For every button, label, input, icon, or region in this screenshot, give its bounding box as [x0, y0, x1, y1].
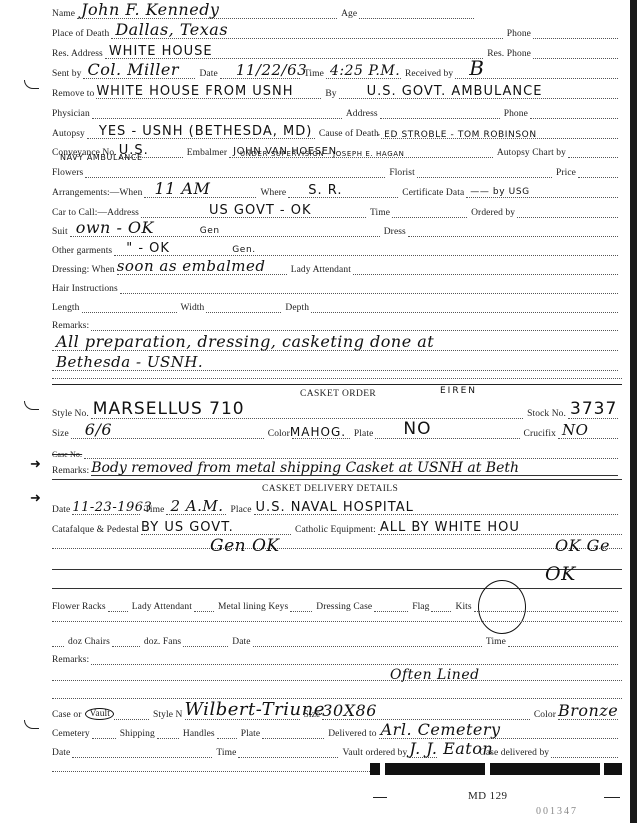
- label-style-no: Style No.: [52, 409, 91, 419]
- field-sent-by: Col. Miller: [83, 66, 195, 79]
- value-catafalque: BY US GOVT.: [141, 521, 234, 534]
- label-plate: Plate: [354, 429, 376, 439]
- field-delivery-time: 2 A.M.: [166, 502, 226, 515]
- label-casket-remarks: Remarks:: [52, 466, 91, 476]
- blank-line-5: [52, 698, 622, 699]
- label-age: Age: [341, 9, 359, 19]
- row-dressing: Dressing: When soon as embalmed Lady Att…: [52, 258, 622, 275]
- label-sent-by: Sent by: [52, 69, 83, 79]
- value-color: MAHOG.: [290, 426, 346, 438]
- value-place-of-death: Dallas, Texas: [115, 22, 228, 38]
- field-hair-instructions: [120, 281, 618, 294]
- row-cemetery: Cemetery Shipping Handles Plate Delivere…: [52, 722, 622, 739]
- row-arrangements: Arrangements:—When 11 AM Where S. R. Cer…: [52, 181, 622, 198]
- label-delivery-date: Date: [52, 505, 72, 515]
- field-handles: [217, 726, 237, 739]
- arrow-icon-2: ➜: [30, 490, 41, 506]
- field-phone: [533, 26, 618, 39]
- label-equipment-date: Date: [232, 637, 252, 647]
- field-vault-time: [238, 745, 338, 758]
- label-depth: Depth: [285, 303, 311, 313]
- field-name: John F. Kennedy: [77, 6, 337, 19]
- label-vault-date: Date: [52, 748, 72, 758]
- scan-edge-border: [630, 0, 637, 823]
- arrow-icon: ➜: [30, 456, 41, 472]
- value-embalmer-assistants: - ED STROBLE - TOM ROBINSON: [377, 131, 537, 140]
- row-casket-remarks: Remarks: Body removed from metal shippin…: [52, 459, 622, 476]
- casket-order-title: CASKET ORDER: [300, 389, 376, 399]
- field-catafalque: BY US GOVT.: [141, 522, 291, 535]
- field-suit: own - OK Gen: [70, 224, 380, 237]
- field-remove-to: WHITE HOUSE FROM USNH: [96, 86, 321, 99]
- label-shipping: Shipping: [120, 729, 157, 739]
- label-autopsy-chart-by: Autopsy Chart by: [497, 148, 568, 158]
- label-lady-attendant-2: Lady Attendant: [132, 602, 194, 612]
- label-vault-circled: Vault: [85, 708, 114, 720]
- value-style-no: MARSELLUS 710: [93, 401, 245, 418]
- label-doz-fans: doz. Fans: [144, 637, 183, 647]
- field-florist: [417, 165, 552, 178]
- field-cause-of-death: - ED STROBLE - TOM ROBINSON: [381, 126, 618, 139]
- value-suit: own - OK: [76, 220, 154, 236]
- row-car-to-call: Car to Call:—Address US GOVT - OK Time O…: [52, 201, 622, 218]
- blank-line: [52, 378, 622, 379]
- row-suit: Suit own - OK Gen Dress: [52, 220, 622, 237]
- footer-dash-left: [373, 797, 387, 798]
- row-flowers: Flowers Florist Price: [52, 161, 622, 178]
- field-delivered-to: Arl. Cemetery: [379, 726, 618, 739]
- row-res-address: Res. Address WHITE HOUSE Res. Phone: [52, 42, 622, 59]
- blank-line-4: [52, 680, 622, 681]
- label-res-address: Res. Address: [52, 49, 105, 59]
- label-crucifix: Crucifix: [524, 429, 558, 439]
- row-autopsy: Autopsy YES - USNH (BETHESDA, MD) Cause …: [52, 122, 622, 139]
- label-length: Length: [52, 303, 82, 313]
- field-time: 4:25 P.M.: [326, 66, 401, 79]
- row-remarks-line-1: All preparation, dressing, casketing don…: [52, 334, 622, 351]
- flag-circle-mark: [478, 580, 526, 634]
- label-hair-instructions: Hair Instructions: [52, 284, 120, 294]
- value-delivery-place: U.S. NAVAL HOSPITAL: [256, 501, 414, 514]
- form-id: MD 129: [468, 790, 507, 802]
- section-line-3: [52, 569, 622, 570]
- label-name: Name: [52, 9, 77, 19]
- margin-tick-mark-2: [24, 401, 39, 410]
- field-age: [359, 6, 474, 19]
- field-ordered-by: [517, 205, 618, 218]
- field-autopsy-chart-by: [568, 145, 618, 158]
- field-vault-date: [72, 745, 212, 758]
- field-autopsy: YES - USNH (BETHESDA, MD): [87, 126, 315, 139]
- stamp-number: 001347: [536, 806, 578, 817]
- label-equipment-remarks: Remarks:: [52, 655, 91, 665]
- field-flag: [431, 599, 451, 612]
- label-phone-2: Phone: [504, 109, 530, 119]
- field-length: [82, 300, 177, 313]
- section-divider: [52, 384, 622, 385]
- row-name: Name John F. Kennedy Age: [52, 2, 622, 19]
- label-case-no: Case No.: [52, 450, 84, 459]
- casket-delivery-title: CASKET DELIVERY DETAILS: [262, 484, 398, 494]
- row-other-garments: Other garments " - OK Gen.: [52, 239, 622, 256]
- value-by: U.S. GOVT. AMBULANCE: [367, 85, 543, 98]
- row-place-of-death: Place of Death Dallas, Texas Phone: [52, 22, 622, 39]
- value-res-address: WHITE HOUSE: [109, 45, 213, 58]
- row-remove-to: Remove to WHITE HOUSE FROM USNH By U.S. …: [52, 82, 622, 99]
- field-cemetery: [92, 726, 116, 739]
- field-doz-chairs: [112, 634, 140, 647]
- value-other-garments-note: Gen.: [232, 246, 255, 255]
- label-catafalque: Catafalque & Pedestal: [52, 525, 141, 535]
- label-case-or: Case or: [52, 710, 83, 720]
- field-time-2: [392, 205, 467, 218]
- value-certificate-data: —— by USG: [470, 188, 529, 197]
- field-by: U.S. GOVT. AMBULANCE: [339, 86, 618, 99]
- label-address: Address: [346, 109, 380, 119]
- value-vault-ordered-by: J. J. Eaton: [409, 741, 493, 757]
- value-vault-color: Bronze: [558, 703, 618, 719]
- label-florist: Florist: [389, 168, 417, 178]
- label-vault-time: Time: [216, 748, 238, 758]
- value-vault-style: Wilbert-Triune: [185, 701, 325, 719]
- field-place-of-death: Dallas, Texas: [111, 26, 502, 39]
- redaction-bar: [370, 763, 380, 775]
- row-equipment: Flower Racks Lady Attendant Metal lining…: [52, 595, 622, 612]
- label-flower-racks: Flower Racks: [52, 602, 108, 612]
- row-size: Size 6/6 Color MAHOG. Plate NO Crucifix …: [52, 422, 622, 439]
- label-catholic-equipment: Catholic Equipment:: [295, 525, 378, 535]
- field-remarks: [91, 318, 618, 331]
- field-width: [206, 300, 281, 313]
- funeral-record-form: Name John F. Kennedy Age Place of Death …: [0, 0, 630, 823]
- label-dressing-when: Dressing: When: [52, 265, 117, 275]
- row-physician: Physician Address Phone: [52, 102, 622, 119]
- field-shipping: [157, 726, 179, 739]
- label-vault-color: Color: [534, 710, 558, 720]
- field-physician: [92, 106, 342, 119]
- field-vault-plate: [262, 726, 324, 739]
- field-equipment-remarks: [91, 652, 618, 665]
- label-res-phone: Res. Phone: [487, 49, 533, 59]
- field-other-garments: " - OK Gen.: [114, 243, 618, 256]
- value-sent-by: Col. Miller: [87, 62, 179, 78]
- label-suit: Suit: [52, 227, 70, 237]
- label-ordered-by: Ordered by: [471, 208, 517, 218]
- field-lady-attendant: [353, 262, 618, 275]
- margin-tick-mark: [24, 80, 39, 89]
- value-car-to-call: US GOVT - OK: [209, 204, 312, 217]
- row-catafalque: Catafalque & Pedestal BY US GOVT. Cathol…: [52, 518, 622, 535]
- field-dressing-case: [374, 599, 408, 612]
- row-case-no: Case No.: [52, 442, 622, 459]
- label-size: Size: [52, 429, 71, 439]
- label-color: Color: [268, 429, 292, 439]
- row-vault-date: Date Time Vault ordered by J. J. Eaton C…: [52, 741, 622, 758]
- field-case-delivered-by: [551, 745, 618, 758]
- value-stock-no: 3737: [570, 401, 617, 418]
- field-metal-lining-keys: [290, 599, 312, 612]
- field-res-address: WHITE HOUSE: [105, 46, 483, 59]
- field-chairs-count: [52, 634, 64, 647]
- field-res-phone: [533, 46, 618, 59]
- field-style-no: MARSELLUS 710: [91, 406, 523, 419]
- value-remarks-line-2: Bethesda - USNH.: [56, 355, 203, 370]
- label-vault-style: Style N: [153, 710, 184, 720]
- label-remove-to: Remove to: [52, 89, 96, 99]
- field-delivery-date: 11-23-1963: [72, 502, 140, 515]
- label-received-by: Received by: [405, 69, 455, 79]
- value-casket-remarks: Body removed from metal shipping Casket …: [91, 461, 519, 475]
- field-address: [380, 106, 500, 119]
- blank-line-2: [52, 548, 622, 549]
- value-arrangements-when: 11 AM: [154, 181, 210, 197]
- label-autopsy: Autopsy: [52, 129, 87, 139]
- row-delivery-date: Date 11-23-1963 Time 2 A.M. Place U.S. N…: [52, 498, 622, 515]
- row-remarks: Remarks:: [52, 314, 622, 331]
- label-cemetery: Cemetery: [52, 729, 92, 739]
- label-stock-no: Stock No.: [527, 409, 568, 419]
- margin-tick-mark-3: [24, 720, 39, 729]
- redaction-bar: [385, 763, 485, 775]
- value-crucifix: NO: [562, 423, 588, 438]
- field-equipment-date: [253, 634, 482, 647]
- label-metal-lining-keys: Metal lining Keys: [218, 602, 290, 612]
- value-catholic-equipment: ALL BY WHITE HOU: [380, 521, 520, 534]
- field-dress: [408, 224, 618, 237]
- field-car-to-call: US GOVT - OK: [141, 205, 366, 218]
- footer-dash-right: [604, 797, 620, 798]
- field-size: 6/6: [71, 426, 264, 439]
- field-color: MAHOG.: [292, 426, 350, 439]
- field-date: 11/22/63: [220, 66, 300, 79]
- row-chairs: doz Chairs doz. Fans Date Time: [52, 630, 622, 647]
- field-stock-no: 3737: [568, 406, 618, 419]
- label-remarks: Remarks:: [52, 321, 91, 331]
- field-certificate-data: —— by USG: [466, 185, 618, 198]
- value-suit-note: Gen: [200, 227, 220, 236]
- field-plate: NO: [375, 426, 519, 439]
- label-delivered-to: Delivered to: [328, 729, 378, 739]
- label-doz-chairs: doz Chairs: [68, 637, 112, 647]
- field-dressing-when: soon as embalmed: [117, 262, 287, 275]
- value-name: John F. Kennedy: [81, 2, 219, 18]
- field-catholic-equipment: ALL BY WHITE HOU: [378, 522, 622, 535]
- value-delivery-date: 11-23-1963: [72, 501, 152, 514]
- value-other-garments: " - OK: [126, 242, 170, 255]
- label-handles: Handles: [183, 729, 217, 739]
- blank-line-6: [52, 771, 370, 772]
- label-vault-ordered-by: Vault ordered by: [342, 748, 409, 758]
- label-other-garments: Other garments: [52, 246, 114, 256]
- label-physician: Physician: [52, 109, 92, 119]
- value-autopsy: YES - USNH (BETHESDA, MD): [99, 125, 312, 138]
- label-dressing-case: Dressing Case: [316, 602, 374, 612]
- label-where: Where: [260, 188, 288, 198]
- field-case-vault: [114, 707, 149, 720]
- label-lady-attendant: Lady Attendant: [291, 265, 353, 275]
- row-hair-instructions: Hair Instructions: [52, 277, 622, 294]
- field-lady-attendant-2: [194, 599, 214, 612]
- value-received-by: B: [469, 58, 484, 78]
- label-price: Price: [556, 168, 578, 178]
- value-time: 4:25 P.M.: [330, 64, 400, 78]
- label-equipment-time: Time: [486, 637, 508, 647]
- redaction-bar: [604, 763, 622, 775]
- field-depth: [311, 300, 618, 313]
- label-delivery-place: Place: [230, 505, 253, 515]
- field-vault-style: Wilbert-Triune: [185, 707, 300, 720]
- row-dimensions: Length Width Depth: [52, 296, 622, 313]
- section-line-4: [52, 588, 622, 589]
- field-vault-size: 30X86: [322, 707, 530, 720]
- blank-line-3: [52, 621, 622, 622]
- label-time-2: Time: [370, 208, 392, 218]
- field-casket-remarks: Body removed from metal shipping Casket …: [91, 463, 618, 476]
- field-doz-fans: [183, 634, 228, 647]
- field-price: [578, 165, 618, 178]
- label-vault-plate: Plate: [241, 729, 263, 739]
- value-dressing-when: soon as embalmed: [117, 259, 266, 274]
- row-remarks-line-2: Bethesda - USNH.: [52, 354, 622, 371]
- field-received-by: B: [455, 66, 618, 79]
- section-divider-2: [52, 479, 622, 480]
- label-phone: Phone: [507, 29, 533, 39]
- label-car-to-call: Car to Call:—Address: [52, 208, 141, 218]
- label-arrangements-when: Arrangements:—When: [52, 188, 144, 198]
- label-date: Date: [199, 69, 219, 79]
- field-remarks-line-1: All preparation, dressing, casketing don…: [52, 338, 618, 351]
- value-remove-to: WHITE HOUSE FROM USNH: [96, 85, 293, 98]
- value-delivered-to: Arl. Cemetery: [381, 722, 501, 738]
- field-phone-2: [530, 106, 618, 119]
- value-plate: NO: [403, 421, 431, 438]
- label-kits: Kits: [455, 602, 473, 612]
- field-delivery-place: U.S. NAVAL HOSPITAL: [254, 502, 618, 515]
- value-vault-size: 30X86: [322, 703, 377, 719]
- redaction-bar: [490, 763, 600, 775]
- row-case-vault: Case or Vault Style N Wilbert-Triune Siz…: [52, 703, 622, 720]
- field-remarks-line-2: Bethesda - USNH.: [52, 358, 618, 371]
- label-cause-of-death: Cause of Death: [319, 129, 381, 139]
- value-date: 11/22/63: [236, 63, 307, 78]
- field-arrangements-when: 11 AM: [144, 185, 256, 198]
- label-certificate-data: Certificate Data: [402, 188, 466, 198]
- field-equipment-time: [508, 634, 618, 647]
- row-equipment-remarks: Remarks:: [52, 648, 622, 665]
- value-remarks-line-1: All preparation, dressing, casketing don…: [56, 334, 434, 350]
- value-size: 6/6: [85, 422, 112, 438]
- field-where: S. R.: [288, 185, 398, 198]
- label-flag: Flag: [412, 602, 431, 612]
- label-place-of-death: Place of Death: [52, 29, 111, 39]
- label-by: By: [325, 89, 338, 99]
- field-flowers: [85, 165, 385, 178]
- row-style-no: Style No. MARSELLUS 710 Stock No. 3737: [52, 402, 622, 419]
- field-case-no: [84, 446, 618, 459]
- field-flower-racks: [108, 599, 128, 612]
- field-crucifix: NO: [558, 426, 618, 439]
- field-vault-color: Bronze: [558, 707, 618, 720]
- label-dress: Dress: [384, 227, 408, 237]
- label-width: Width: [181, 303, 207, 313]
- field-vault-ordered-by: J. J. Eaton: [409, 745, 437, 758]
- value-where: S. R.: [308, 184, 342, 197]
- value-delivery-time: 2 A.M.: [170, 499, 223, 514]
- label-flowers: Flowers: [52, 168, 85, 178]
- row-sent-by: Sent by Col. Miller Date 11/22/63 Time 4…: [52, 62, 622, 79]
- label-embalmer: Embalmer: [187, 148, 229, 158]
